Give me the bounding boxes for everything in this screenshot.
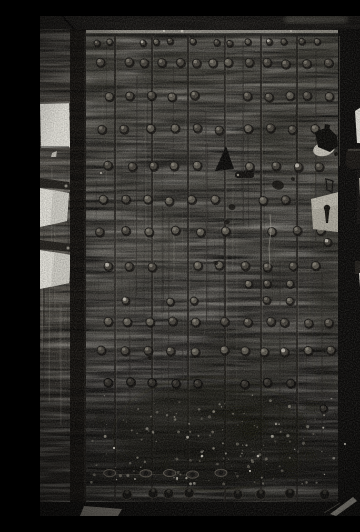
scene-svg xyxy=(40,16,360,516)
photograph: old studded wooden plank door xyxy=(40,16,360,516)
vignette xyxy=(40,16,360,516)
